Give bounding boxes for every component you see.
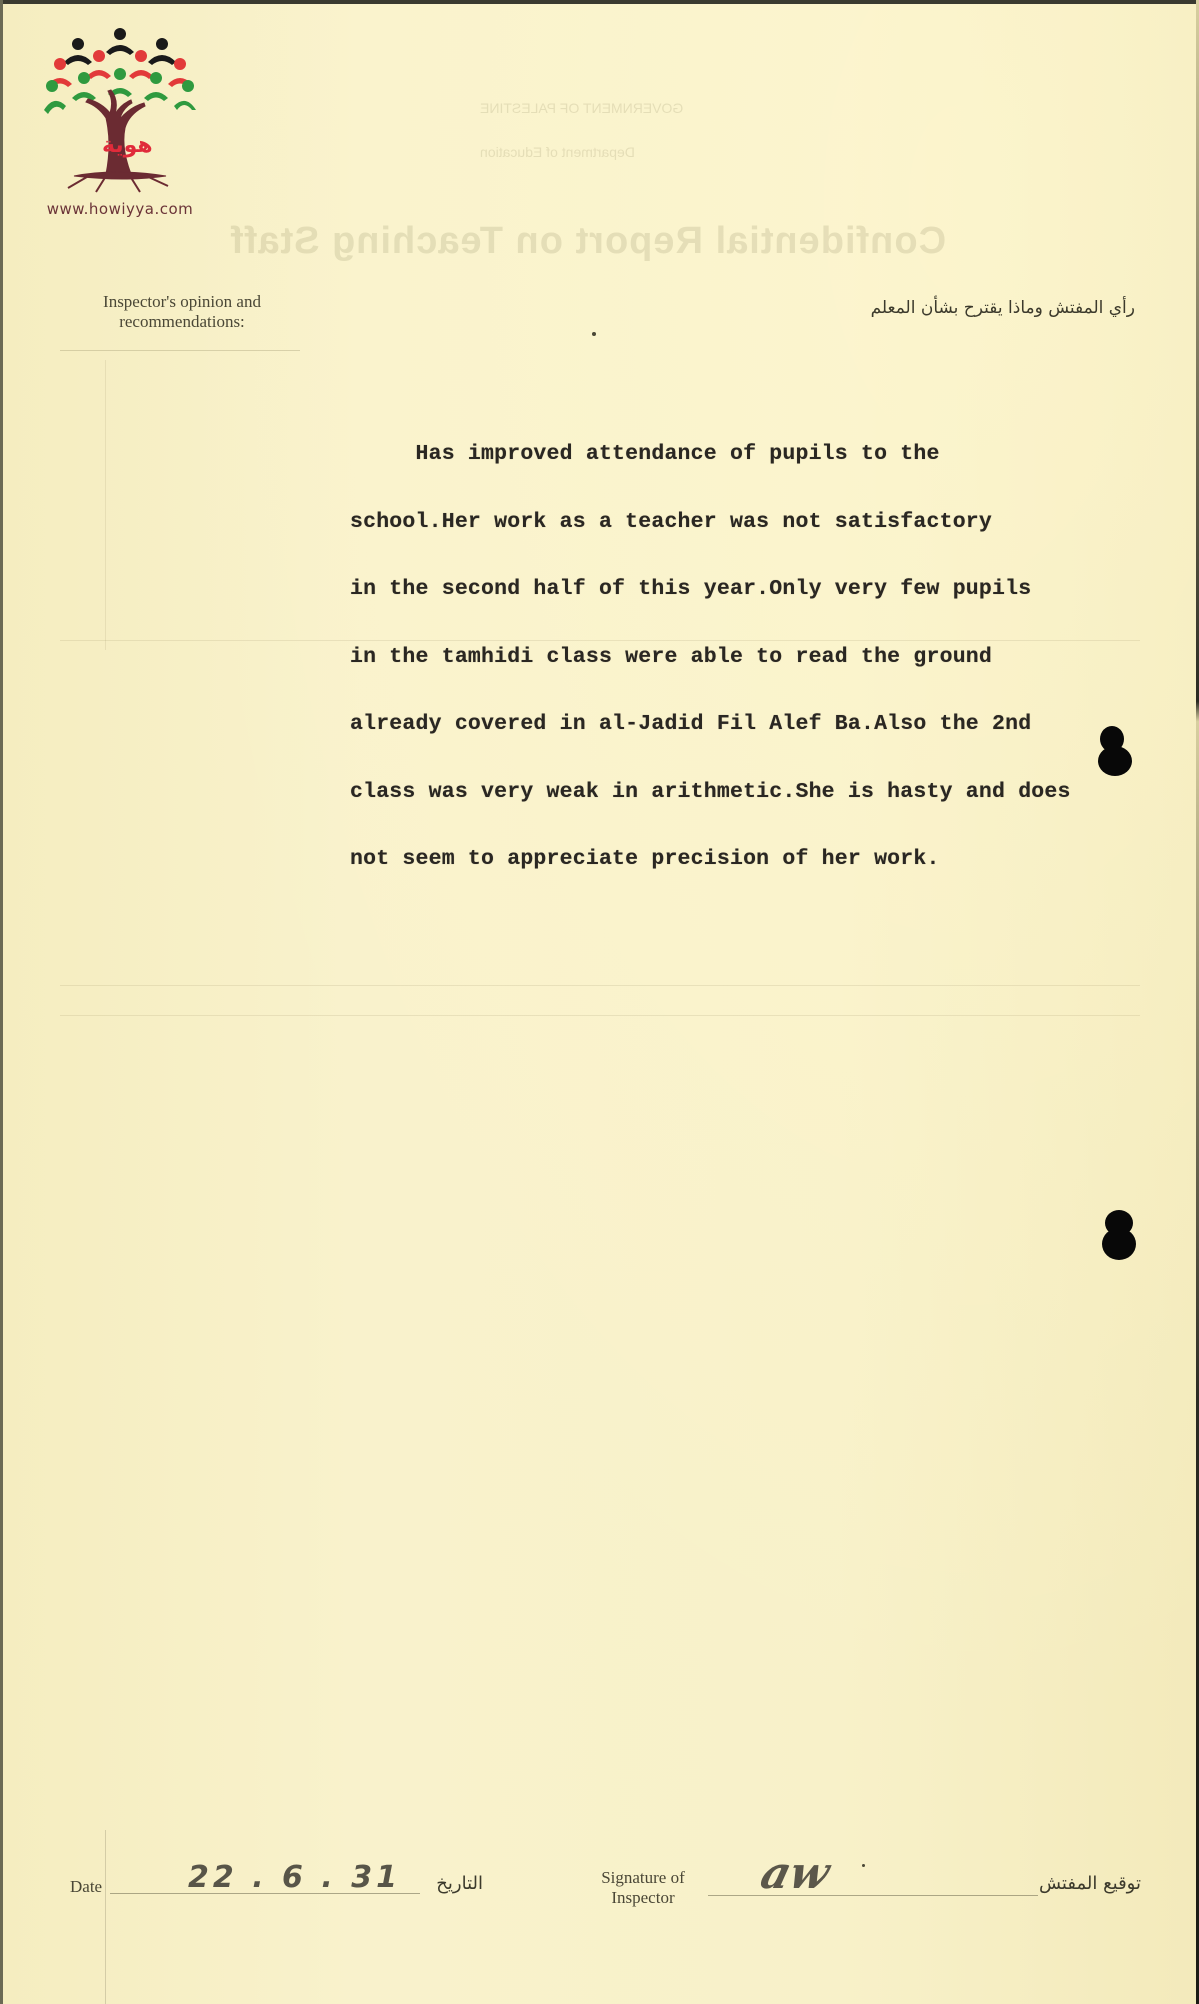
inspector-opinion-label-arabic: رأي المفتش وماذا يقترح بشأن المعلم [871,298,1135,318]
scanned-document-page: GOVERNMENT OF PALESTINE Department of Ed… [0,0,1199,2004]
date-label-arabic: التاريخ [436,1873,483,1894]
remarks-line: Has improved attendance of pupils to the [350,443,1180,466]
date-value: 22 . 6 . 31 [188,1860,401,1895]
margin-line [105,1830,106,2004]
tree-people-logo-icon: هوية [44,24,196,196]
remarks-line: class was very weak in arithmetic.She is… [350,781,1180,804]
bleed-through-line: GOVERNMENT OF PALESTINE [480,100,683,116]
remarks-line: already covered in al-Jadid Fil Alef Ba.… [350,713,1180,736]
bleed-through-rule [105,360,106,650]
signature-label: Signature of Inspector [588,1868,698,1908]
typed-inspector-remarks: Has improved attendance of pupils to the… [350,398,1180,916]
scan-top-edge [0,0,1199,4]
howiyya-logo: هوية www.howiyya.com [22,24,218,220]
stray-ink-mark [592,332,596,336]
header-divider [60,350,300,351]
bleed-through-line: Department of Education [480,144,635,160]
inspector-opinion-label: Inspector's opinion and recommendations: [62,292,302,332]
signature-label-arabic: توقيع المفتش [1039,1873,1141,1894]
scan-left-edge [0,0,3,2004]
punch-hole-icon [1102,1210,1136,1280]
signature-label-line1: Signature of [588,1868,698,1888]
remarks-line: in the tamhidi class were able to read t… [350,646,1180,669]
inspector-signature: aw [756,1848,835,1899]
date-label: Date [70,1877,102,1897]
inspector-opinion-label-line1: Inspector's opinion and [62,292,302,312]
remarks-line: in the second half of this year.Only ver… [350,578,1180,601]
remarks-line: not seem to appreciate precision of her … [350,848,1180,871]
bleed-through-rule [60,1015,1140,1016]
remarks-line: school.Her work as a teacher was not sat… [350,511,1180,534]
bleed-through-title: Confidential Report on Teaching Staff [230,220,946,263]
signature-dot [862,1864,865,1867]
bleed-through-rule [60,985,1140,986]
signature-label-line2: Inspector [588,1888,698,1908]
site-url[interactable]: www.howiyya.com [22,200,218,218]
inspector-opinion-label-line2: recommendations: [62,312,302,332]
logo-arabic-text: هوية [102,133,153,158]
